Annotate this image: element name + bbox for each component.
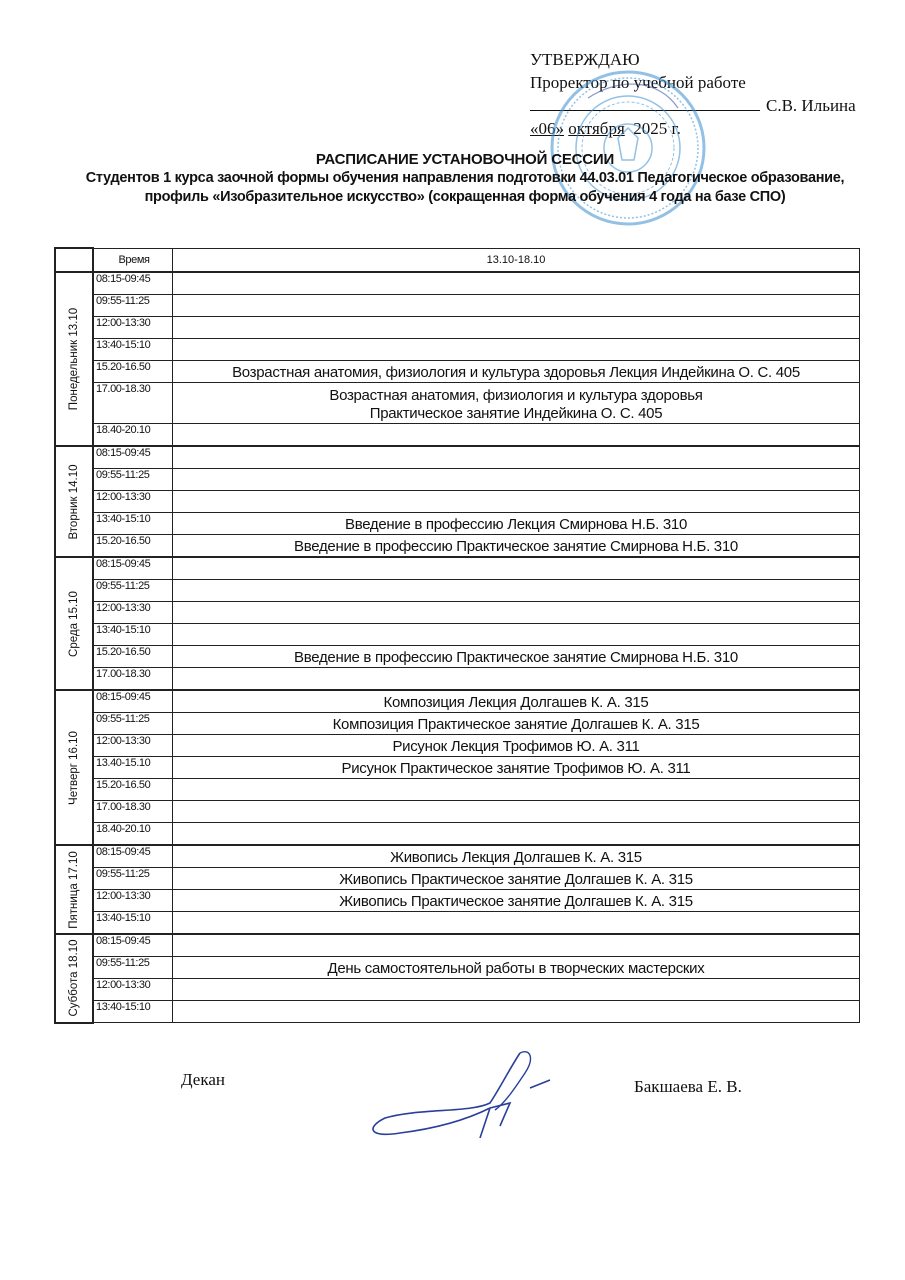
signature-underline <box>530 94 760 111</box>
class-event-cell: Живопись Практическое занятие Долгашев К… <box>173 868 860 890</box>
approval-date: «06» октября 2025 г. <box>530 117 890 140</box>
class-event-cell: Композиция Практическое занятие Долгашев… <box>173 713 860 735</box>
table-row: 18.40-20.10 <box>55 424 860 447</box>
day-cell: Среда 15.10 <box>55 557 93 690</box>
time-slot-cell: 13:40-15:10 <box>93 513 173 535</box>
day-label: Понедельник 13.10 <box>68 308 80 410</box>
approval-date-month: октября <box>568 119 625 138</box>
table-row: 12:00-13:30 <box>55 602 860 624</box>
day-label: Среда 15.10 <box>68 591 80 657</box>
class-event-cell <box>173 779 860 801</box>
day-cell: Вторник 14.10 <box>55 446 93 557</box>
table-row: 17.00-18.30 <box>55 668 860 691</box>
table-row: Понедельник 13.1008:15-09:45 <box>55 272 860 295</box>
time-slot-cell: 17.00-18.30 <box>93 383 173 424</box>
table-row: 15.20-16.50Возрастная анатомия, физиолог… <box>55 361 860 383</box>
approval-signature-line: С.В. Ильина <box>530 94 890 117</box>
class-event-cell <box>173 823 860 846</box>
time-slot-cell: 08:15-09:45 <box>93 934 173 957</box>
table-row: 09:55-11:25 <box>55 580 860 602</box>
class-event-cell: День самостоятельной работы в творческих… <box>173 957 860 979</box>
class-event-cell <box>173 624 860 646</box>
time-slot-cell: 09:55-11:25 <box>93 580 173 602</box>
class-event-cell: Возрастная анатомия, физиология и культу… <box>173 361 860 383</box>
document-subtitle-line1: Студентов 1 курса заочной формы обучения… <box>30 169 900 188</box>
table-row: Среда 15.1008:15-09:45 <box>55 557 860 580</box>
day-cell: Четверг 16.10 <box>55 690 93 845</box>
time-slot-cell: 13:40-15:10 <box>93 339 173 361</box>
time-slot-cell: 08:15-09:45 <box>93 557 173 580</box>
day-cell: Пятница 17.10 <box>55 845 93 934</box>
time-slot-cell: 09:55-11:25 <box>93 295 173 317</box>
table-row: 18.40-20.10 <box>55 823 860 846</box>
class-event-cell: Введение в профессию Лекция Смирнова Н.Б… <box>173 513 860 535</box>
table-row: 12:00-13:30 <box>55 317 860 339</box>
time-slot-cell: 12:00-13:30 <box>93 491 173 513</box>
table-row: 09:55-11:25 <box>55 295 860 317</box>
table-row: 13:40-15:10 <box>55 912 860 935</box>
time-slot-cell: 13.40-15.10 <box>93 757 173 779</box>
approval-date-day: «06» <box>530 119 564 138</box>
time-slot-cell: 15.20-16.50 <box>93 779 173 801</box>
table-row: 09:55-11:25Композиция Практическое занят… <box>55 713 860 735</box>
class-event-cell: Живопись Лекция Долгашев К. А. 315 <box>173 845 860 868</box>
class-event-cell <box>173 469 860 491</box>
class-event-cell: Рисунок Лекция Трофимов Ю. А. 311 <box>173 735 860 757</box>
table-row: Четверг 16.1008:15-09:45Композиция Лекци… <box>55 690 860 713</box>
footer: Декан Бакшаева Е. В. <box>0 1060 905 1150</box>
class-event-cell <box>173 339 860 361</box>
time-slot-cell: 08:15-09:45 <box>93 272 173 295</box>
header-time-cell: Время <box>93 248 173 272</box>
class-event-cell <box>173 1001 860 1023</box>
time-slot-cell: 09:55-11:25 <box>93 957 173 979</box>
table-row: Вторник 14.1008:15-09:45 <box>55 446 860 469</box>
header-period-cell: 13.10-18.10 <box>173 248 860 272</box>
class-event-cell <box>173 934 860 957</box>
day-label: Пятница 17.10 <box>68 851 80 929</box>
time-slot-cell: 12:00-13:30 <box>93 890 173 912</box>
table-row: 13.40-15.10Рисунок Практическое занятие … <box>55 757 860 779</box>
time-slot-cell: 12:00-13:30 <box>93 979 173 1001</box>
class-event-cell <box>173 317 860 339</box>
class-event-cell <box>173 295 860 317</box>
time-slot-cell: 17.00-18.30 <box>93 801 173 823</box>
time-slot-cell: 09:55-11:25 <box>93 868 173 890</box>
time-slot-cell: 18.40-20.10 <box>93 823 173 846</box>
table-row: 12:00-13:30Живопись Практическое занятие… <box>55 890 860 912</box>
table-row: 17.00-18.30 <box>55 801 860 823</box>
table-row: 13:40-15:10 <box>55 624 860 646</box>
class-event-cell <box>173 602 860 624</box>
table-row: 15.20-16.50 <box>55 779 860 801</box>
schedule-table: Время 13.10-18.10 Понедельник 13.1008:15… <box>54 247 860 1024</box>
approval-signatory: С.В. Ильина <box>766 96 856 115</box>
time-slot-cell: 12:00-13:30 <box>93 317 173 339</box>
class-event-cell: Возрастная анатомия, физиология и культу… <box>173 383 860 424</box>
time-slot-cell: 09:55-11:25 <box>93 469 173 491</box>
time-slot-cell: 09:55-11:25 <box>93 713 173 735</box>
class-event-cell <box>173 424 860 447</box>
time-slot-cell: 13:40-15:10 <box>93 624 173 646</box>
day-label: Вторник 14.10 <box>68 464 80 539</box>
dean-label: Декан <box>181 1070 225 1090</box>
dean-signature-icon <box>360 1048 600 1138</box>
class-event-cell: Живопись Практическое занятие Долгашев К… <box>173 890 860 912</box>
table-header-row: Время 13.10-18.10 <box>55 248 860 272</box>
day-label: Суббота 18.10 <box>68 940 80 1017</box>
approval-heading: УТВЕРЖДАЮ <box>530 48 890 71</box>
dean-name: Бакшаева Е. В. <box>634 1077 742 1097</box>
header-day-cell <box>55 248 93 272</box>
class-event-cell: Композиция Лекция Долгашев К. А. 315 <box>173 690 860 713</box>
document-title: РАСПИСАНИЕ УСТАНОВОЧНОЙ СЕССИИ <box>30 150 900 169</box>
class-event-cell <box>173 668 860 691</box>
approval-position: Проректор по учебной работе <box>530 71 890 94</box>
time-slot-cell: 13:40-15:10 <box>93 1001 173 1023</box>
class-event-cell: Рисунок Практическое занятие Трофимов Ю.… <box>173 757 860 779</box>
class-event-cell <box>173 580 860 602</box>
table-row: 12:00-13:30Рисунок Лекция Трофимов Ю. А.… <box>55 735 860 757</box>
table-row: 13:40-15:10 <box>55 339 860 361</box>
table-row: 09:55-11:25Живопись Практическое занятие… <box>55 868 860 890</box>
class-event-cell <box>173 272 860 295</box>
day-cell: Понедельник 13.10 <box>55 272 93 446</box>
table-row: 12:00-13:30 <box>55 491 860 513</box>
time-slot-cell: 13:40-15:10 <box>93 912 173 935</box>
time-slot-cell: 08:15-09:45 <box>93 446 173 469</box>
time-slot-cell: 17.00-18.30 <box>93 668 173 691</box>
time-slot-cell: 15.20-16.50 <box>93 535 173 558</box>
time-slot-cell: 12:00-13:30 <box>93 735 173 757</box>
approval-date-year: 2025 г. <box>633 119 681 138</box>
time-slot-cell: 08:15-09:45 <box>93 690 173 713</box>
day-label: Четверг 16.10 <box>68 731 80 805</box>
time-slot-cell: 15.20-16.50 <box>93 361 173 383</box>
approval-block: УТВЕРЖДАЮ Проректор по учебной работе С.… <box>530 48 890 140</box>
table-row: 15.20-16.50Введение в профессию Практиче… <box>55 646 860 668</box>
table-row: 17.00-18.30Возрастная анатомия, физиолог… <box>55 383 860 424</box>
class-event-cell <box>173 557 860 580</box>
table-row: 09:55-11:25День самостоятельной работы в… <box>55 957 860 979</box>
class-event-cell <box>173 491 860 513</box>
document-subtitle-line2: профиль «Изобразительное искусство» (сок… <box>30 188 900 207</box>
class-event-cell: Введение в профессию Практическое заняти… <box>173 535 860 558</box>
table-row: 09:55-11:25 <box>55 469 860 491</box>
class-event-cell <box>173 979 860 1001</box>
class-event-cell <box>173 801 860 823</box>
class-event-cell <box>173 446 860 469</box>
table-row: 13:40-15:10Введение в профессию Лекция С… <box>55 513 860 535</box>
class-event-cell: Введение в профессию Практическое заняти… <box>173 646 860 668</box>
time-slot-cell: 12:00-13:30 <box>93 602 173 624</box>
time-slot-cell: 08:15-09:45 <box>93 845 173 868</box>
day-cell: Суббота 18.10 <box>55 934 93 1023</box>
time-slot-cell: 15.20-16.50 <box>93 646 173 668</box>
class-event-cell <box>173 912 860 935</box>
table-row: Пятница 17.1008:15-09:45Живопись Лекция … <box>55 845 860 868</box>
document-title-block: РАСПИСАНИЕ УСТАНОВОЧНОЙ СЕССИИ Студентов… <box>30 150 900 207</box>
table-row: Суббота 18.1008:15-09:45 <box>55 934 860 957</box>
table-row: 15.20-16.50Введение в профессию Практиче… <box>55 535 860 558</box>
time-slot-cell: 18.40-20.10 <box>93 424 173 447</box>
table-row: 13:40-15:10 <box>55 1001 860 1023</box>
table-row: 12:00-13:30 <box>55 979 860 1001</box>
